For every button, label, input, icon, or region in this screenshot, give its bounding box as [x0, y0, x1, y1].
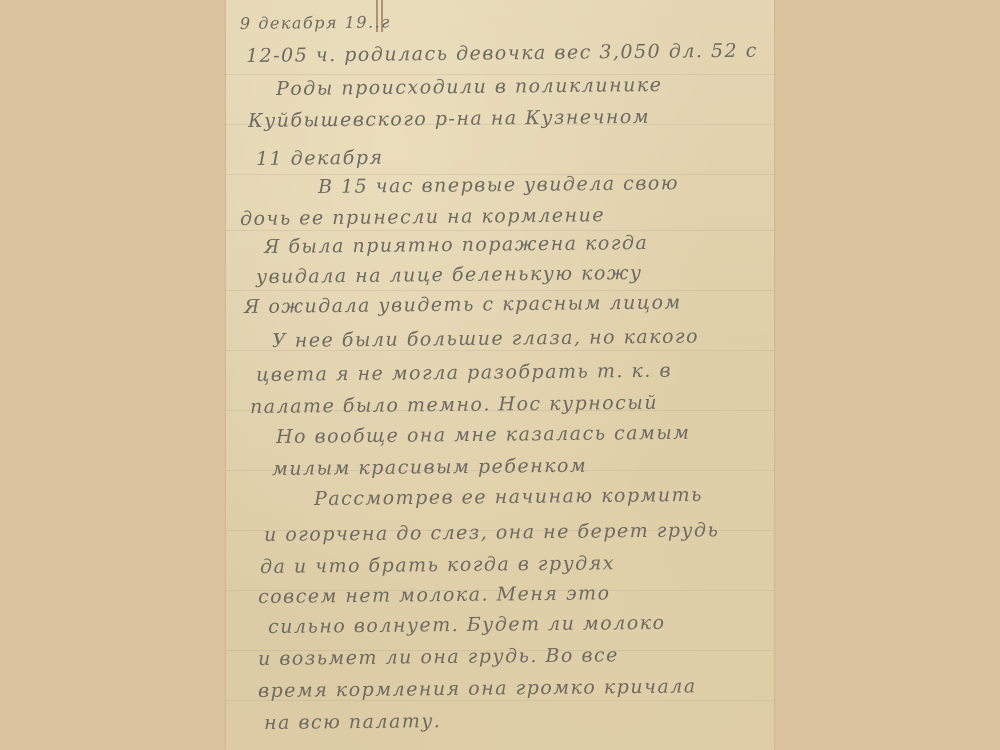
text-line: 12-05 ч. родилась девочка вес 3,050 дл. …	[246, 40, 758, 67]
text-line: цвета я не могла разобрать т. к. в	[256, 360, 672, 386]
text-line: милым красивым ребенком	[272, 455, 587, 480]
text-line: совсем нет молока. Меня это	[258, 582, 611, 608]
text-line: Роды происходили в поликлинике	[276, 74, 663, 100]
text-line: Куйбышевского р-на на Кузнечном	[248, 106, 650, 132]
entry-date-2: 11 декабря	[256, 147, 384, 170]
text-line: Рассмотрев ее начинаю кормить	[314, 484, 703, 510]
text-line: Я была приятно поражена когда	[264, 232, 649, 258]
ruled-line	[226, 230, 774, 231]
text-line: У нее были большие глаза, но какого	[272, 326, 699, 352]
text-line: и огорчена до слез, она не берет грудь	[264, 519, 720, 546]
text-line: дочь ее принесли на кормление	[240, 204, 605, 230]
entry-date-1: 9 декабря 19..г	[240, 12, 391, 33]
text-line: и возьмет ли она грудь. Во все	[258, 644, 619, 670]
text-line: время кормления она громко кричала	[258, 675, 697, 702]
text-line: палате было темно. Нос курносый	[250, 392, 658, 418]
text-line: Я ожидала увидеть с красным лицом	[244, 291, 682, 318]
text-line: на всю палату.	[264, 710, 442, 734]
ruled-line	[226, 290, 774, 291]
text-line: да и что брать когда в грудях	[260, 552, 615, 578]
text-line: В 15 час впервые увидела свою	[318, 172, 679, 198]
text-line: увидала на лице беленькую кожу	[256, 262, 643, 288]
text-line: сильно волнует. Будет ли молоко	[268, 612, 666, 638]
diary-page: 9 декабря 19..г 12-05 ч. родилась девочк…	[226, 0, 774, 750]
text-line: Но вообще она мне казалась самым	[276, 422, 691, 448]
